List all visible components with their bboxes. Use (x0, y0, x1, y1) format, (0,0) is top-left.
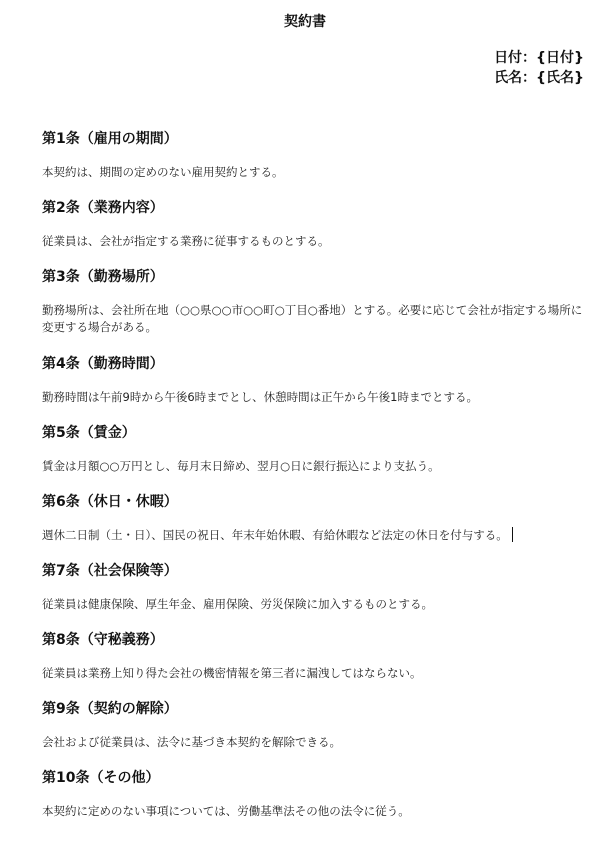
article-body-6-text: 週休二日制（土・日）、国民の祝日、年末年始休暇、有給休暇など法定の休日を付与する… (42, 528, 508, 542)
article-body-1: 本契約は、期間の定めのない雇用契約とする。 (42, 164, 587, 181)
date-field: 日付：{日付} (494, 48, 584, 68)
article-body-8: 従業員は業務上知り得た会社の機密情報を第三者に漏洩してはならない。 (42, 665, 587, 682)
article-heading-5: 第5条（賃金） (42, 423, 136, 443)
article-body-2: 従業員は、会社が指定する業務に従事するものとする。 (42, 233, 587, 250)
text-cursor (512, 527, 513, 542)
article-body-6[interactable]: 週休二日制（土・日）、国民の祝日、年末年始休暇、有給休暇など法定の休日を付与する… (42, 527, 602, 544)
article-body-3: 勤務場所は、会社所在地（○○県○○市○○町○丁目○番地）とする。必要に応じて会社… (42, 302, 587, 336)
article-body-5: 賃金は月額○○万円とし、毎月末日締め、翌月○日に銀行振込により支払う。 (42, 458, 587, 475)
name-field: 氏名：{氏名} (494, 68, 584, 88)
article-body-10: 本契約に定めのない事項については、労働基準法その他の法令に従う。 (42, 803, 587, 820)
article-heading-9: 第9条（契約の解除） (42, 699, 178, 719)
document-title: 契約書 (0, 11, 610, 33)
document-meta: 日付：{日付} 氏名：{氏名} (494, 48, 584, 88)
article-heading-3: 第3条（勤務場所） (42, 267, 164, 287)
article-heading-1: 第1条（雇用の期間） (42, 129, 178, 149)
article-body-9: 会社および従業員は、法令に基づき本契約を解除できる。 (42, 734, 587, 751)
article-heading-4: 第4条（勤務時間） (42, 354, 164, 374)
article-heading-2: 第2条（業務内容） (42, 198, 164, 218)
article-heading-8: 第8条（守秘義務） (42, 630, 164, 650)
article-heading-10: 第10条（その他） (42, 768, 159, 788)
article-heading-7: 第7条（社会保険等） (42, 561, 178, 581)
article-body-7: 従業員は健康保険、厚生年金、雇用保険、労災保険に加入するものとする。 (42, 596, 587, 613)
article-heading-6: 第6条（休日・休暇） (42, 492, 178, 512)
article-body-4: 勤務時間は午前9時から午後6時までとし、休憩時間は正午から午後1時までとする。 (42, 389, 587, 406)
